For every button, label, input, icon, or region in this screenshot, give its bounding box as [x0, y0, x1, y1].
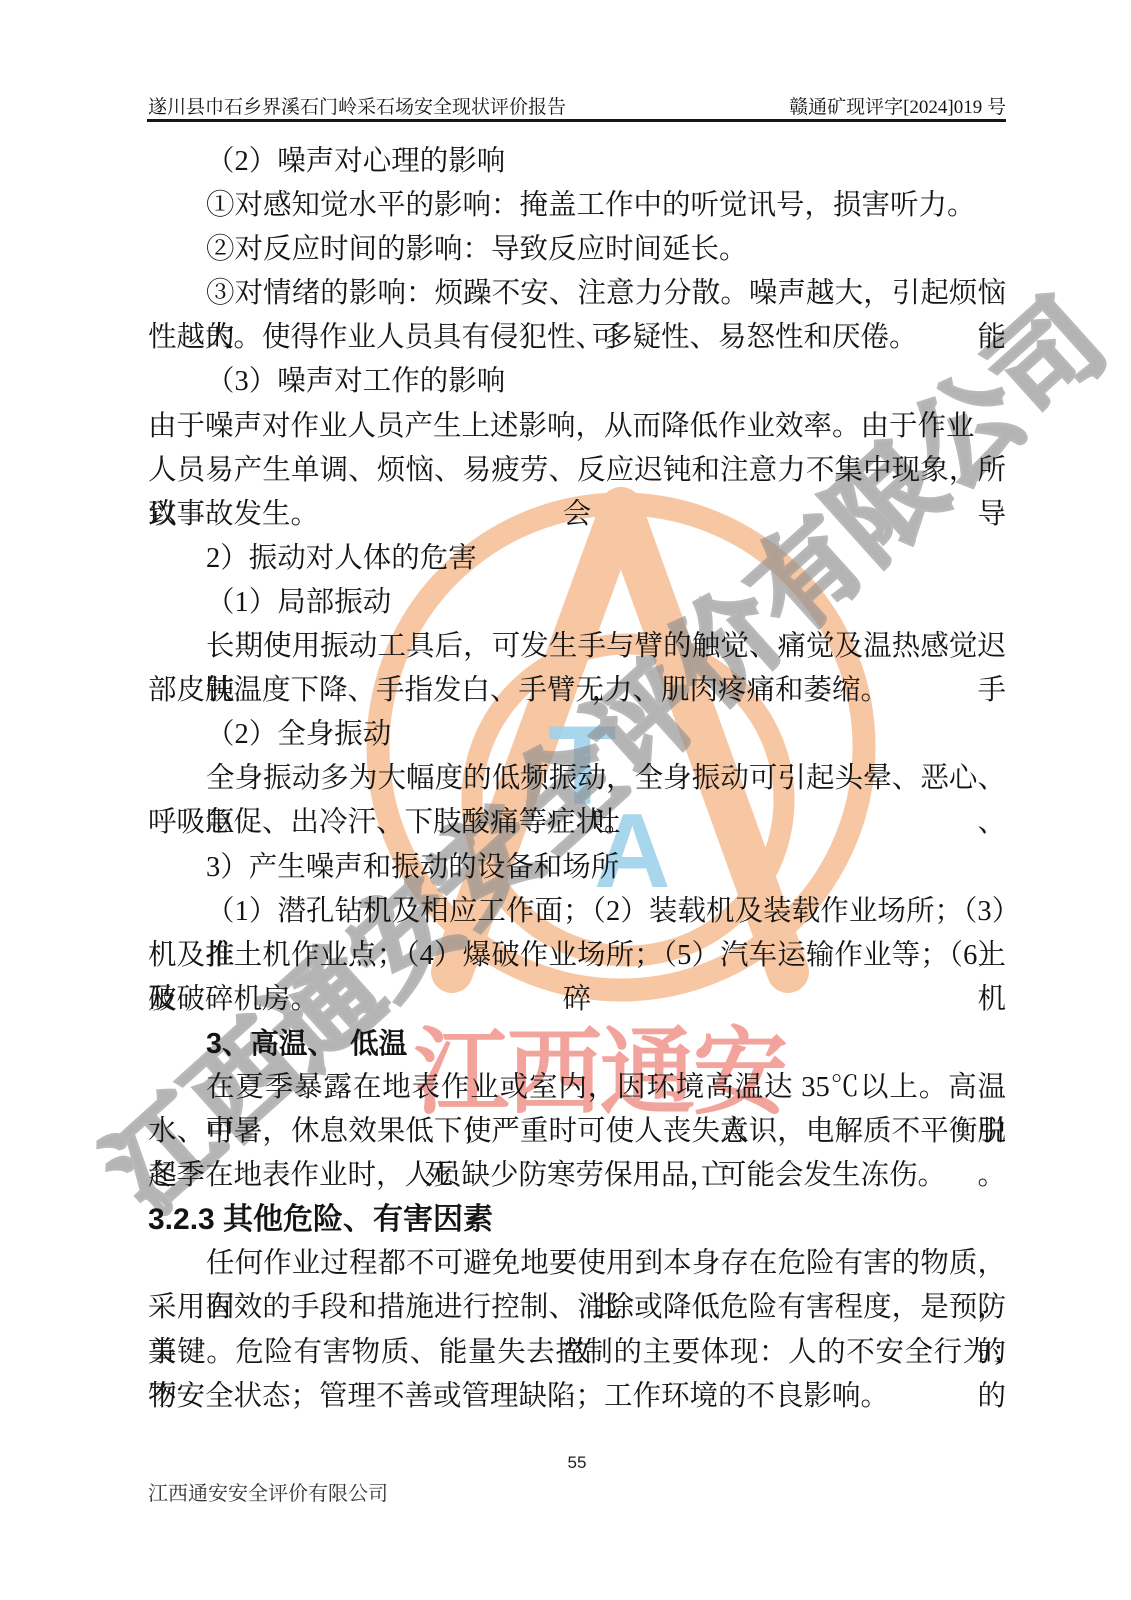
body-line: ①对感知觉水平的影响：掩盖工作中的听觉讯号，损害听力。 [148, 184, 1006, 228]
body-line: 关键。危险有害物质、能量失去控制的主要体现：人的不安全行为； 物的 [148, 1331, 1006, 1375]
page-header: 遂川县巾石乡界溪石门岭采石场安全现状评价报告 赣通矿现评字[2024]019 号 [148, 92, 1006, 119]
header-document-number: 赣通矿现评字[2024]019 号 [789, 92, 1006, 119]
body-line: （1）局部振动 [148, 581, 1006, 625]
body-line: 性越大。使得作业人员具有侵犯性、多疑性、易怒性和厌倦。 [148, 316, 1006, 360]
body-line: 水、中暑，休息效果低下；严重时可使人丧失意识，电解质不平衡引起死亡。 [148, 1110, 1006, 1154]
footer-company-name: 江西通安安全评价有限公司 [148, 1477, 388, 1506]
body-line: 长期使用振动工具后，可发生手与臂的触觉、痛觉及温热感觉迟钝，手 [148, 625, 1006, 669]
body-line: 全身振动多为大幅度的低频振动，全身振动可引起头晕、恶心、呕吐、 [148, 757, 1006, 801]
body-line: 部皮肤温度下降、手指发白、手臂无力、肌肉疼痛和萎缩。 [148, 669, 1006, 713]
body-line: ②对反应时间的影响：导致反应时间延长。 [148, 228, 1006, 272]
body-line: 冬季在地表作业时，人员缺少防寒劳保用品，可能会发生冻伤。 [148, 1154, 1006, 1198]
body-line: （2）全身振动 [148, 713, 1006, 757]
body-line: 人员易产生单调、烦恼、易疲劳、反应迟钝和注意力不集中现象，所以会导 [148, 449, 1006, 493]
body-line: 在夏季暴露在地表作业或室内，因环境高温达 35℃以上。高温可使人脱 [148, 1066, 1006, 1110]
body-line: 机及推土机作业点；（4）爆破作业场所；（5）汽车运输作业等；（6）破碎机 [148, 934, 1006, 978]
page-number: 55 [148, 1453, 1006, 1473]
header-divider [147, 119, 1006, 122]
header-report-title: 遂川县巾石乡界溪石门岭采石场安全现状评价报告 [148, 92, 566, 119]
section-heading: 3.2.3 其他危险、有害因素 [148, 1198, 1006, 1242]
body-line: （1）潜孔钻机及相应工作面；（2）装载机及装载作业场所；（3）推土 [148, 890, 1006, 934]
body-line: 由于噪声对作业人员产生上述影响，从而降低作业效率。由于作业 [148, 405, 1006, 449]
body-line: （3）噪声对工作的影响 [148, 360, 1006, 404]
body-text: （2）噪声对心理的影响①对感知觉水平的影响：掩盖工作中的听觉讯号，损害听力。②对… [148, 140, 1006, 1419]
body-line: 3）产生噪声和振动的设备和场所 [148, 846, 1006, 890]
body-line: 2）振动对人体的危害 [148, 537, 1006, 581]
body-line: 任何作业过程都不可避免地要使用到本身存在危险有害的物质，因此， [148, 1242, 1006, 1286]
body-line: ③对情绪的影响：烦躁不安、注意力分散。噪声越大，引起烦恼的可能 [148, 272, 1006, 316]
body-line: （2）噪声对心理的影响 [148, 140, 1006, 184]
document-page: 遂川县巾石乡界溪石门岭采石场安全现状评价报告 赣通矿现评字[2024]019 号… [0, 0, 1131, 1600]
body-line: 采用有效的手段和措施进行控制、消除或降低危险有害程度，是预防事故的 [148, 1286, 1006, 1330]
body-line: 不安全状态；管理不善或管理缺陷；工作环境的不良影响。 [148, 1375, 1006, 1419]
body-line: 3、高温、 低温 [148, 1022, 1006, 1066]
